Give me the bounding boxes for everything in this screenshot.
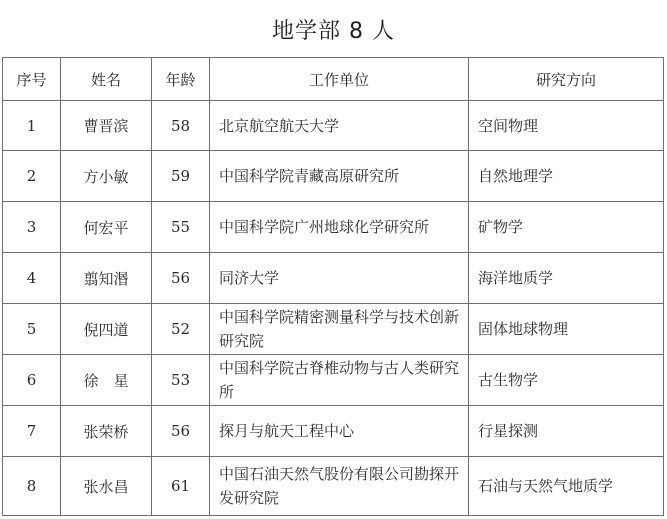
cell-unit: 北京航空航天大学 [210,101,469,151]
cell-no: 4 [3,253,61,304]
cell-no: 1 [3,101,61,151]
cell-age: 56 [152,253,210,304]
cell-name: 张荣桥 [61,406,152,457]
table-row: 3 何宏平 55 中国科学院广州地球化学研究所 矿物学 [3,202,664,253]
cell-age: 52 [152,304,210,355]
cell-no: 5 [3,304,61,355]
academicians-table: 序号 姓名 年龄 工作单位 研究方向 1 曹晋滨 58 北京航空航天大学 空间物… [2,57,664,516]
cell-no: 2 [3,151,61,202]
cell-field: 空间物理 [469,101,664,151]
cell-name: 何宏平 [61,202,152,253]
table-row: 7 张荣桥 56 探月与航天工程中心 行星探测 [3,406,664,457]
header-name: 姓名 [61,58,152,101]
cell-age: 58 [152,101,210,151]
cell-name: 张水昌 [61,457,152,516]
cell-field: 行星探测 [469,406,664,457]
cell-unit: 中国科学院青藏高原研究所 [210,151,469,202]
cell-age: 55 [152,202,210,253]
cell-no: 8 [3,457,61,516]
header-unit: 工作单位 [210,58,469,101]
cell-name: 倪四道 [61,304,152,355]
cell-name: 方小敏 [61,151,152,202]
page-title: 地学部 8 人 [0,14,667,45]
table-row: 1 曹晋滨 58 北京航空航天大学 空间物理 [3,101,664,151]
cell-unit: 探月与航天工程中心 [210,406,469,457]
cell-field: 石油与天然气地质学 [469,457,664,516]
table-row: 5 倪四道 52 中国科学院精密测量科学与技术创新研究院 固体地球物理 [3,304,664,355]
cell-unit: 中国科学院精密测量科学与技术创新研究院 [210,304,469,355]
cell-field: 矿物学 [469,202,664,253]
cell-field: 自然地理学 [469,151,664,202]
cell-name: 徐 星 [61,355,152,406]
cell-age: 59 [152,151,210,202]
header-no: 序号 [3,58,61,101]
header-age: 年龄 [152,58,210,101]
header-field: 研究方向 [469,58,664,101]
cell-age: 53 [152,355,210,406]
cell-age: 61 [152,457,210,516]
cell-age: 56 [152,406,210,457]
cell-unit: 中国石油天然气股份有限公司勘探开发研究院 [210,457,469,516]
table-row: 2 方小敏 59 中国科学院青藏高原研究所 自然地理学 [3,151,664,202]
cell-name: 曹晋滨 [61,101,152,151]
cell-no: 3 [3,202,61,253]
cell-no: 6 [3,355,61,406]
table-row: 6 徐 星 53 中国科学院古脊椎动物与古人类研究所 古生物学 [3,355,664,406]
cell-no: 7 [3,406,61,457]
cell-unit: 同济大学 [210,253,469,304]
cell-name: 翦知湣 [61,253,152,304]
cell-field: 固体地球物理 [469,304,664,355]
table-row: 4 翦知湣 56 同济大学 海洋地质学 [3,253,664,304]
cell-field: 海洋地质学 [469,253,664,304]
table-header-row: 序号 姓名 年龄 工作单位 研究方向 [3,58,664,101]
table-row: 8 张水昌 61 中国石油天然气股份有限公司勘探开发研究院 石油与天然气地质学 [3,457,664,516]
cell-field: 古生物学 [469,355,664,406]
cell-unit: 中国科学院古脊椎动物与古人类研究所 [210,355,469,406]
cell-unit: 中国科学院广州地球化学研究所 [210,202,469,253]
